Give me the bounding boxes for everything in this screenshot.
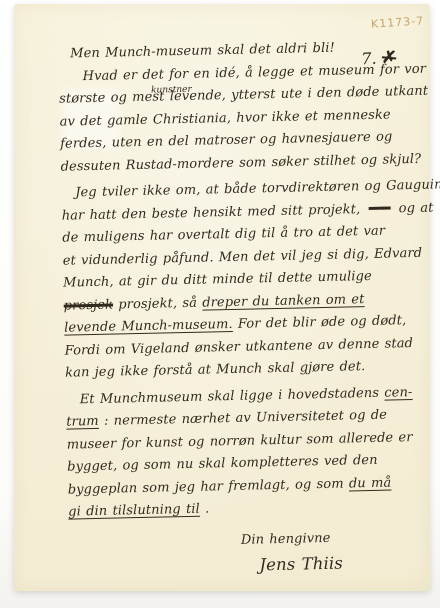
text-segment: Fordi om Vigeland ønsker utkantene av de… xyxy=(65,336,414,359)
text-segment: du må xyxy=(349,475,392,491)
letter-paper: K1173-7 7.✗ Men Munch-museum skal det al… xyxy=(14,4,430,591)
text-segment: Munch, at gir du ditt minde til dette um… xyxy=(63,269,372,291)
text-segment: prosjekt, så xyxy=(113,295,203,312)
text-segment: cen- xyxy=(384,385,412,401)
text-segment: . xyxy=(200,502,210,517)
text-segment: gi din tilslutning til xyxy=(68,502,200,520)
letter-closing: Din hengivne Jens Thiis xyxy=(55,524,440,582)
letter-paragraph: Et Munchmuseum skal ligge i hovedstadens… xyxy=(52,381,440,524)
text-segment: av det gamle Christiania, hvor ikke et m… xyxy=(60,107,391,129)
text-segment: kan jeg ikke forstå at Munch skal gjøre … xyxy=(65,359,365,381)
text-segment: museer for kunst og norrøn kultur som al… xyxy=(67,430,413,453)
text-segment: og at xyxy=(393,200,433,216)
text-segment: dessuten Rustad-mordere som søker stilhe… xyxy=(61,151,422,174)
text-segment: bygget, og som nu skal kompletteres ved … xyxy=(67,453,378,475)
text-segment: Men Munch-museum skal det aldri bli! xyxy=(70,41,335,62)
archival-code: K1173-7 xyxy=(370,14,424,31)
text-segment: Jeg tviler ikke om, at både torvdirektør… xyxy=(75,177,440,200)
text-segment: trum xyxy=(66,414,99,430)
text-segment: kunstner xyxy=(151,79,192,102)
text-segment: de muligens har overtalt dig til å tro a… xyxy=(62,224,385,246)
text-segment: ferdes, uten en del matroser og havnesja… xyxy=(60,129,392,151)
letter-paragraph: Men Munch-museum skal det aldri bli!Hvad… xyxy=(44,36,433,179)
text-segment: største og mest levende, xyxy=(59,88,226,107)
text-segment: dreper du tanken om et xyxy=(202,292,365,311)
text-segment: Hvad er det for en idé, å legge et museu… xyxy=(83,61,427,83)
text-segment: : nermeste nærhet av Universitetet og de xyxy=(99,408,388,429)
letter-body: Men Munch-museum skal det aldri bli!Hvad… xyxy=(44,36,440,583)
text-segment: For det blir øde og dødt, xyxy=(233,313,407,332)
text-segment: levende Munch-museum. xyxy=(64,317,233,336)
text-segment: prosjek xyxy=(64,297,114,313)
text-segment: ytterst ute i den døde utkant xyxy=(226,84,428,103)
text-segment: byggeplan som jeg har fremlagt, og som xyxy=(68,476,350,497)
signature: Jens Thiis xyxy=(259,548,440,578)
text-segment xyxy=(368,206,390,209)
letter-paragraph: Jeg tviler ikke om, at både torvdirektør… xyxy=(47,175,437,386)
text-segment: et vidunderlig påfund. Men det vil jeg s… xyxy=(63,245,423,268)
text-segment: Et Munchmuseum skal ligge i hovedstadens xyxy=(80,385,385,407)
text-segment: har hatt den beste hensikt med sitt proj… xyxy=(62,202,366,224)
